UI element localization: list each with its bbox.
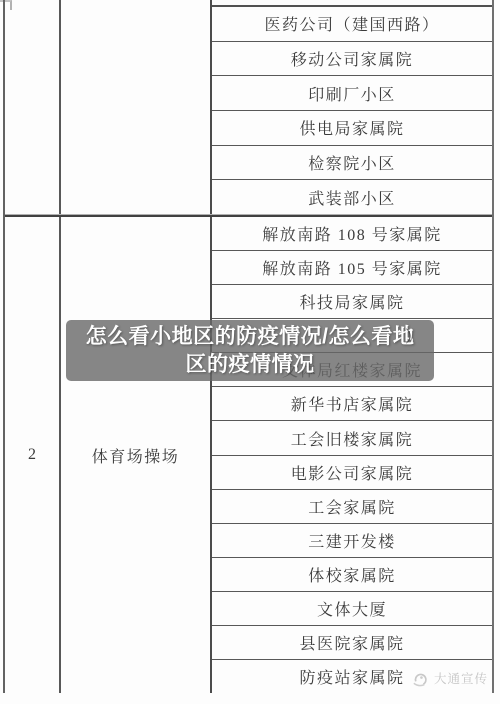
location-cell: 体育场操场 (61, 217, 212, 693)
watermark-logo-icon (411, 669, 430, 688)
area-label: 移动公司家属院 (291, 47, 414, 70)
row-number-cell (5, 0, 61, 214)
area-label: 印刷厂小区 (308, 82, 396, 105)
table-row: 文体大厦 (212, 592, 492, 626)
area-label: 三建开发楼 (308, 529, 396, 552)
row-number-cell: 2 (5, 217, 61, 693)
area-list: 解放南路 108 号家属院解放南路 105 号家属院科技局家属院）文体局红楼家属… (212, 217, 492, 693)
table-row: 工会旧楼家属院 (212, 421, 492, 455)
area-list: 医药公司（建国西路）移动公司家属院印刷厂小区供电局家属院检察院小区武装部小区 (212, 5, 492, 214)
area-label: ） (405, 324, 423, 347)
area-label: 电影公司家属院 (291, 461, 414, 484)
table-row: 体校家属院 (212, 558, 492, 592)
watermark-text: 大通宣传 (434, 669, 488, 687)
table-row: 工会家属院 (212, 490, 492, 524)
area-label: 解放南路 108 号家属院 (262, 222, 442, 245)
area-label: 文体大厦 (317, 597, 387, 620)
title-banner: 怎么看小地区的防疫情况/怎么看地 区的疫情情况 (66, 320, 434, 381)
banner-line-1: 怎么看小地区的防疫情况/怎么看地 (86, 323, 415, 351)
table-row: 解放南路 105 号家属院 (212, 251, 492, 285)
banner-line-2: 区的疫情情况 (186, 351, 315, 379)
location-cell (61, 0, 212, 214)
table-row: 医药公司（建国西路） (212, 7, 492, 42)
area-label: 解放南路 105 号家属院 (262, 256, 442, 279)
area-label: 科技局家属院 (299, 290, 404, 313)
table-row: 武装部小区 (212, 180, 492, 214)
table-row: 供电局家属院 (212, 111, 492, 146)
watermark: 大通宣传 (411, 668, 488, 688)
table-row: 印刷厂小区 (212, 76, 492, 111)
table-section: 2体育场操场解放南路 108 号家属院解放南路 105 号家属院科技局家属院）文… (5, 215, 492, 693)
table-row: 解放南路 108 号家属院 (212, 217, 492, 251)
area-label: 工会家属院 (308, 495, 396, 518)
table-row: 三建开发楼 (212, 524, 492, 558)
area-label: 体校家属院 (308, 563, 396, 586)
area-label: 供电局家属院 (299, 116, 404, 139)
area-label: 检察院小区 (308, 151, 396, 174)
area-label: 防疫站家属院 (299, 665, 404, 688)
page: 医药公司（建国西路）移动公司家属院印刷厂小区供电局家属院检察院小区武装部小区2体… (0, 0, 500, 704)
table-row: 县医院家属院 (212, 626, 492, 660)
area-label: 县医院家属院 (299, 631, 404, 654)
table-section: 医药公司（建国西路）移动公司家属院印刷厂小区供电局家属院检察院小区武装部小区 (5, 0, 492, 215)
table-row: 新华书店家属院 (212, 387, 492, 421)
table-row: 科技局家属院 (212, 285, 492, 319)
area-label: 武装部小区 (308, 186, 396, 209)
table-row: 电影公司家属院 (212, 456, 492, 490)
area-label: 新华书店家属院 (291, 392, 414, 415)
area-label: 医药公司（建国西路） (264, 12, 439, 35)
table-row: 检察院小区 (212, 146, 492, 181)
area-label: 工会旧楼家属院 (291, 427, 414, 450)
table-row: 移动公司家属院 (212, 42, 492, 77)
